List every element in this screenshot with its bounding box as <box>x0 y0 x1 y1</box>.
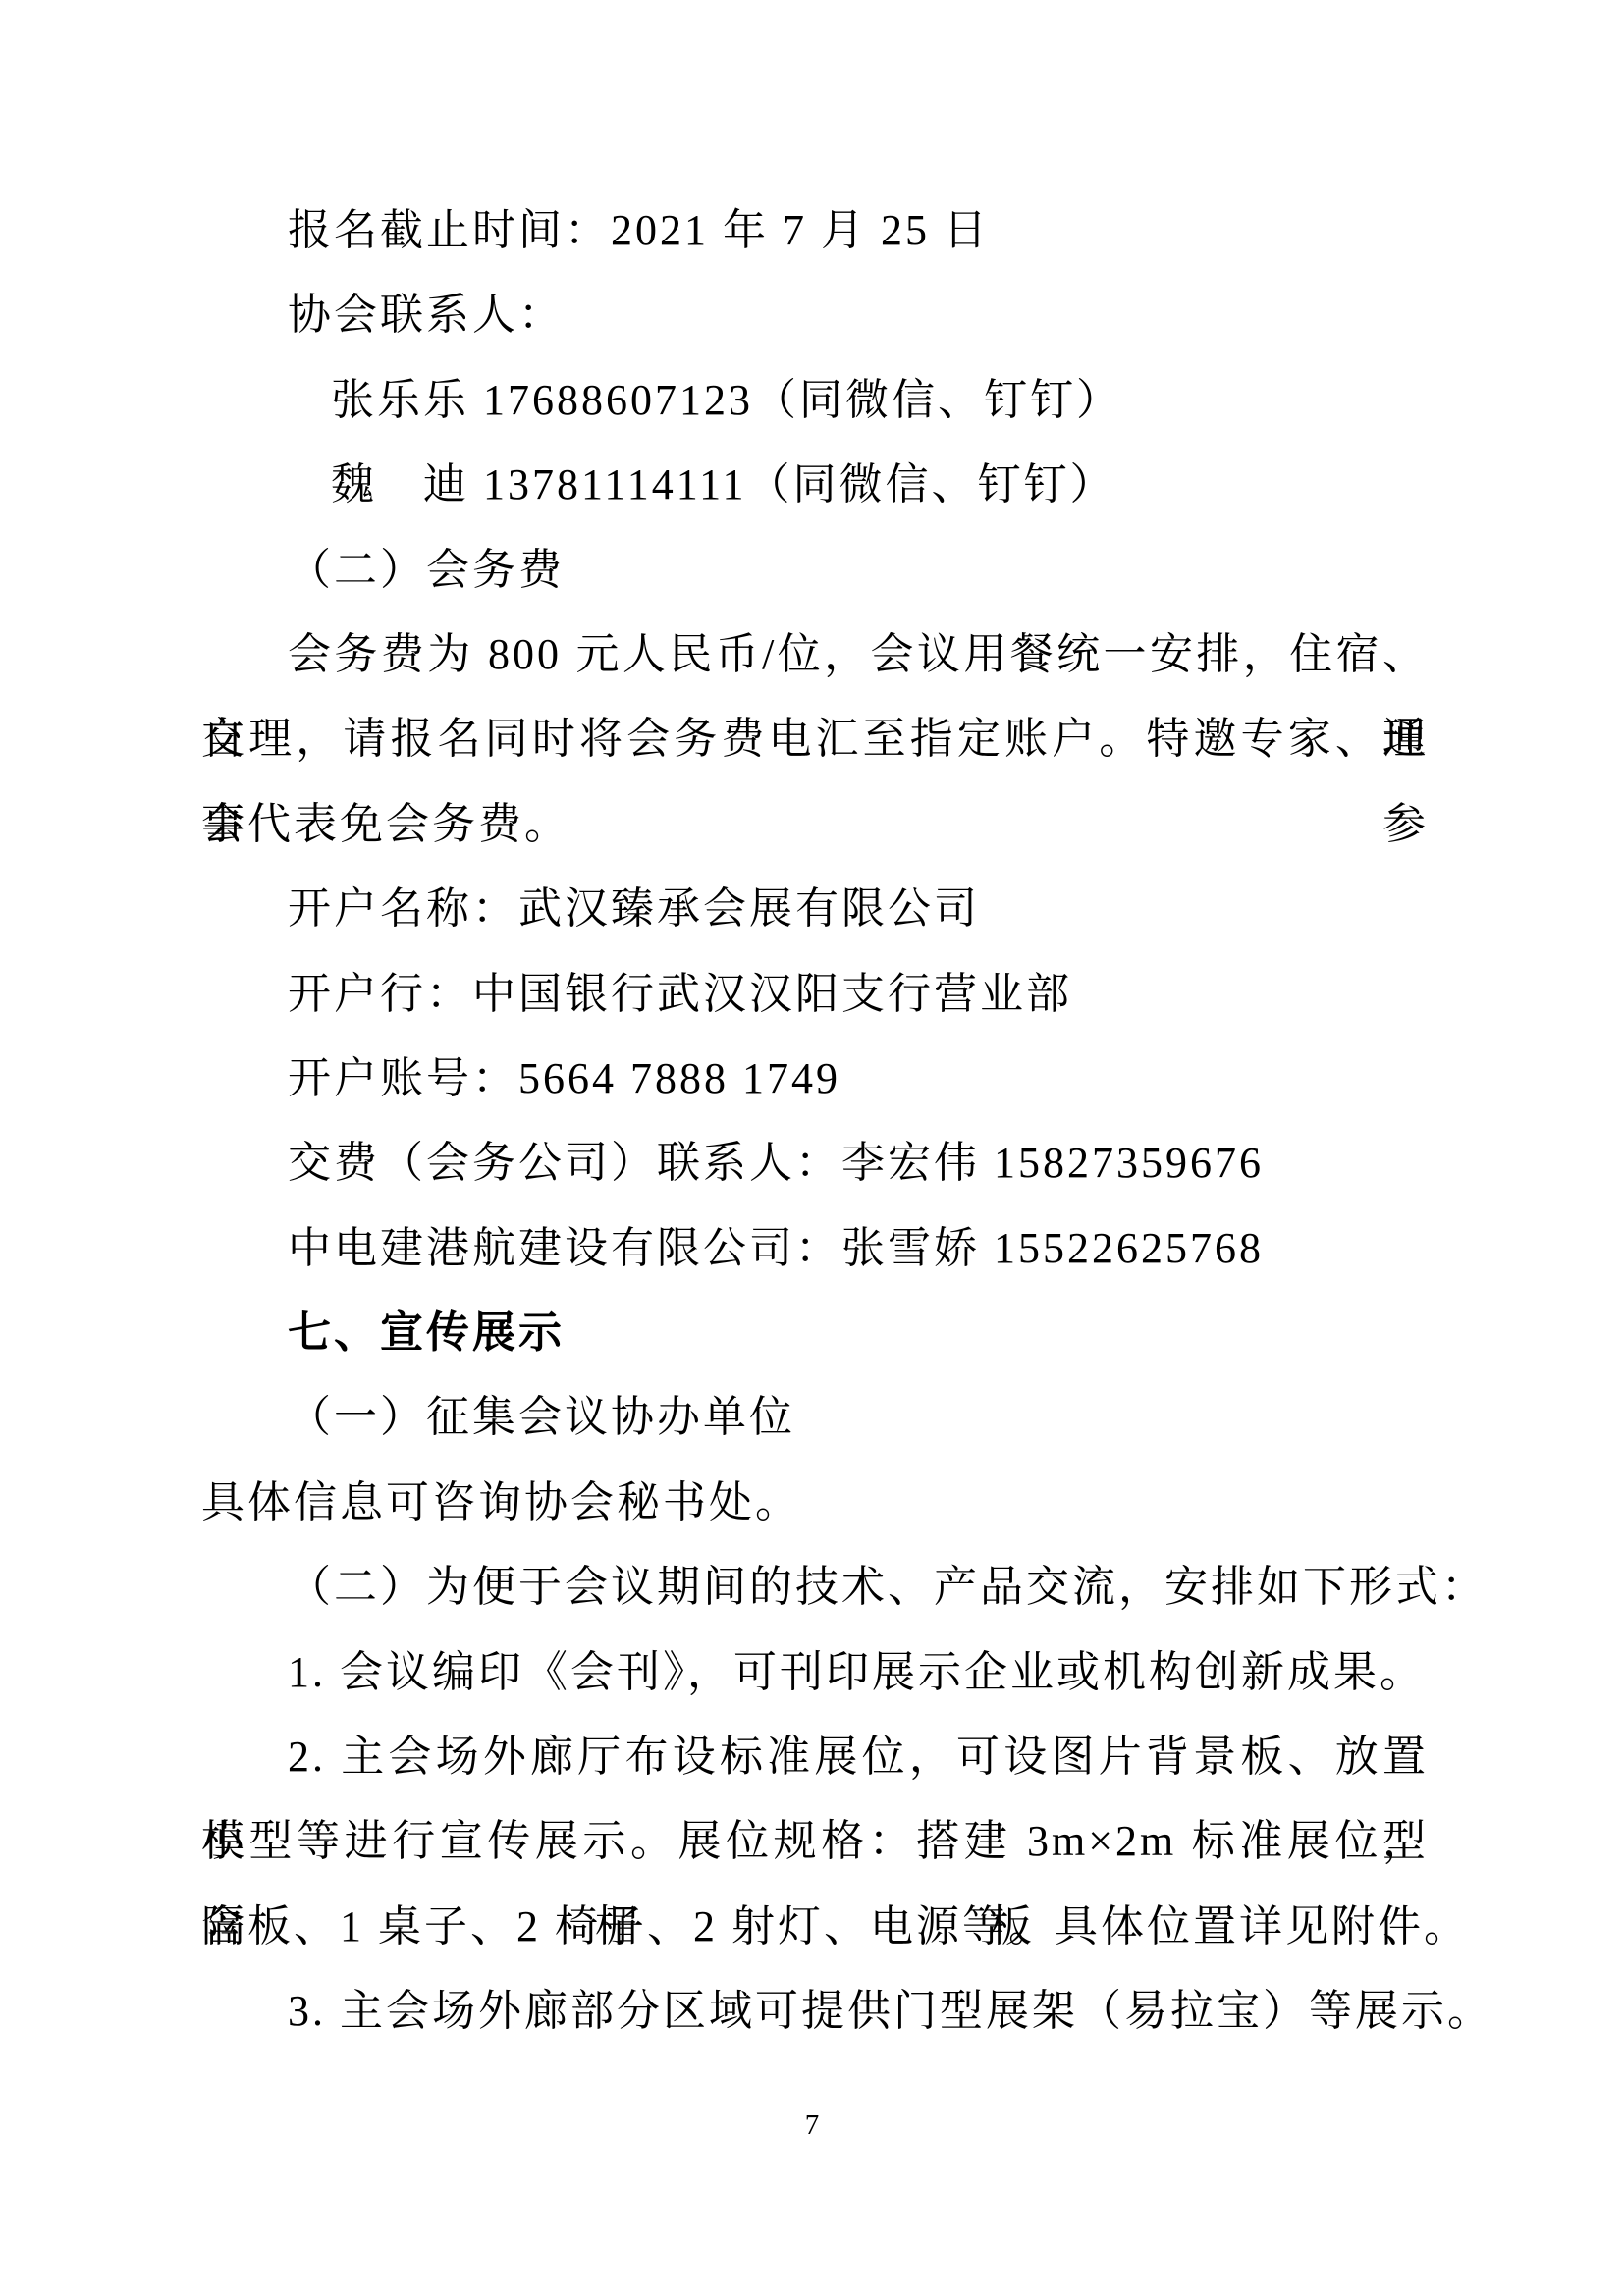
line-section-heading-publicity: 七、宣传展示 <box>201 1291 1429 1375</box>
page-number: 7 <box>0 2106 1624 2145</box>
line-payment-contact: 交费（会务公司）联系人：李宏伟 15827359676 <box>201 1121 1429 1205</box>
line-fee-paragraph-1: 会务费为 800 元人民币/位，会议用餐统一安排，住宿、交通 <box>201 613 1429 697</box>
line-contact-weidi: 魏 迪 13781114111（同微信、钉钉） <box>201 443 1429 527</box>
line-company-contact: 中电建港航建设有限公司：张雪娇 15522625768 <box>201 1206 1429 1291</box>
line-item-3-banner-stands: 3. 主会场外廊部分区域可提供门型展架（易拉宝）等展示。 <box>201 1969 1429 2054</box>
line-account-number: 开户账号：5664 7888 1749 <box>201 1037 1429 1121</box>
document-page: 报名截止时间：2021 年 7 月 25 日 协会联系人： 张乐乐 176886… <box>0 0 1624 2296</box>
line-cohost-info: 具体信息可咨询协会秘书处。 <box>201 1461 1429 1545</box>
line-contact-zhanglele: 张乐乐 17688607123（同微信、钉钉） <box>201 358 1429 443</box>
line-item-2-booth-part-1: 2. 主会场外廊厅布设标准展位，可设图片背景板、放置小型 <box>201 1715 1429 1799</box>
line-heading-conference-fee: （二）会务费 <box>201 528 1429 613</box>
line-item-2-booth-part-3: 隔板、1 桌子、2 椅子、2 射灯、电源等。具体位置详见附件。 <box>201 1885 1429 1969</box>
line-fee-paragraph-2: 自理，请报名同时将会务费电汇至指定账户。特邀专家、理事参 <box>201 697 1429 781</box>
line-item-2-booth-part-2: 模型等进行宣传展示。展位规格：搭建 3m×2m 标准展位，含楣板、 <box>201 1799 1429 1884</box>
line-registration-deadline: 报名截止时间：2021 年 7 月 25 日 <box>201 188 1429 273</box>
line-bank-name: 开户行：中国银行武汉汉阳支行营业部 <box>201 952 1429 1037</box>
document-body: 报名截止时间：2021 年 7 月 25 日 协会联系人： 张乐乐 176886… <box>201 188 1429 2055</box>
line-subheading-cohost-units: （一）征集会议协办单位 <box>201 1375 1429 1460</box>
line-account-name: 开户名称：武汉臻承会展有限公司 <box>201 867 1429 951</box>
line-item-1-proceedings: 1. 会议编印《会刊》，可刊印展示企业或机构创新成果。 <box>201 1630 1429 1715</box>
line-subheading-exchange-forms: （二）为便于会议期间的技术、产品交流，安排如下形式： <box>201 1545 1429 1629</box>
line-association-contacts-label: 协会联系人： <box>201 273 1429 357</box>
